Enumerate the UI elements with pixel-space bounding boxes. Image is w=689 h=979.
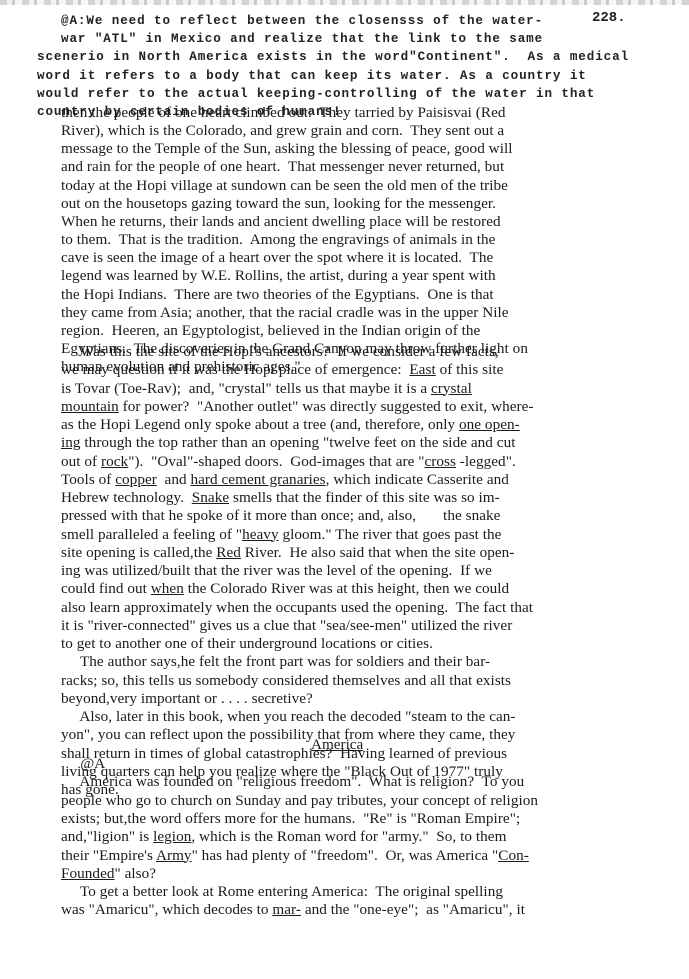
text-line: site opening is called,the Red River. He… (61, 544, 514, 562)
text-line: word it refers to a body that can keep i… (37, 67, 587, 85)
underlined-text: East (409, 361, 435, 378)
text-line: legend was learned by W.E. Rollins, the … (61, 267, 496, 285)
underlined-text: one open- (459, 416, 520, 433)
text-line: the Hopi Indians. There are two theories… (61, 286, 494, 304)
underlined-text: cross (424, 453, 455, 470)
text-line: people who go to church on Sunday and pa… (61, 792, 538, 810)
text-line: @A (61, 755, 105, 773)
text-line: smell paralleled a feeling of "heavy glo… (61, 526, 501, 544)
text-line: exists; but,the word offers more for the… (61, 810, 520, 828)
underlined-text: when (151, 580, 184, 597)
text-line: region. Heeren, an Egyptologist, believe… (61, 322, 480, 340)
text-line: mountain for power? "Another outlet" was… (61, 398, 534, 416)
text-line: scenerio in North America exists in the … (37, 48, 629, 66)
text-line: shall return in times of global catastro… (61, 745, 507, 763)
text-line: message to the Temple of the Sun, asking… (61, 140, 513, 158)
text-line: and rain for the people of one heart. Th… (61, 158, 504, 176)
text-line: Was this the site of the Hopi's ancestor… (61, 343, 499, 361)
text-line: would refer to the actual keeping-contro… (37, 85, 595, 103)
text-line: also learn approximately when the occupa… (61, 599, 533, 617)
text-line: cave is seen the image of a heart over t… (61, 249, 493, 267)
text-line: yon", you can reflect upon the possibili… (61, 726, 515, 744)
text-line: war "ATL" in Mexico and realize that the… (61, 30, 543, 48)
underlined-text: Army (156, 847, 192, 864)
text-line: River), which is the Colorado, and grew … (61, 122, 504, 140)
text-line: When he returns, their lands and ancient… (61, 213, 501, 231)
underlined-text: mountain (61, 398, 119, 415)
text-line: out on the housetops gazing toward the s… (61, 195, 496, 213)
text-line: Also, later in this book, when you reach… (61, 708, 516, 726)
underlined-text: rock (101, 453, 128, 470)
page-number: 228. (592, 10, 626, 26)
text-line: then the people of one heart climbed out… (61, 104, 506, 122)
text-line: pressed with that he spoke of it more th… (61, 507, 500, 525)
text-line: out of rock"). "Oval"-shaped doors. God-… (61, 453, 516, 471)
text-line: they came from Asia; another, that the r… (61, 304, 509, 322)
underlined-text: Red (216, 544, 241, 561)
text-line: was "Amaricu", which decodes to mar- and… (61, 901, 525, 919)
underlined-text: copper (115, 471, 157, 488)
underlined-text: crystal (431, 380, 472, 397)
underlined-text: Founded (61, 865, 115, 882)
scan-edge-artifact (0, 0, 689, 5)
text-line: is Tovar (Toe-Rav); and, "crystal" tells… (61, 380, 472, 398)
underlined-text: mar- (272, 901, 301, 918)
text-line: to them. That is the tradition. Among th… (61, 231, 495, 249)
underlined-text: Snake (192, 489, 229, 506)
text-line: beyond,very important or . . . . secreti… (61, 690, 313, 708)
underlined-text: heavy (242, 526, 279, 543)
underlined-text: legion (153, 828, 191, 845)
text-line: could find out when the Colorado River w… (61, 580, 509, 598)
text-line: ing was utilized/built that the river wa… (61, 562, 492, 580)
underlined-text: Con- (498, 847, 529, 864)
underlined-text: ing (61, 434, 81, 451)
text-line: Founded" also? (61, 865, 156, 883)
text-line: to get to another one of their undergrou… (61, 635, 433, 653)
text-line: ing through the top rather than an openi… (61, 434, 515, 452)
text-line: racks; so, this tells us somebody consid… (61, 672, 511, 690)
section-heading: America (311, 736, 363, 754)
text-line: The author says,he felt the front part w… (61, 653, 490, 671)
text-line: To get a better look at Rome entering Am… (61, 883, 503, 901)
text-line: as the Hopi Legend only spoke about a tr… (61, 416, 520, 434)
text-line: Tools of copper and hard cement granarie… (61, 471, 509, 489)
text-line: America was founded on "religious freedo… (61, 773, 524, 791)
underlined-text: hard cement granaries (190, 471, 325, 488)
text-line: it is "river-connected" gives us a clue … (61, 617, 512, 635)
text-line: Hebrew technology. Snake smells that the… (61, 489, 500, 507)
text-line: today at the Hopi village at sundown can… (61, 177, 508, 195)
text-line: their "Empire's Army" has had plenty of … (61, 847, 529, 865)
text-line: we may question if it was the Hopi place… (61, 361, 503, 379)
text-line: @A:We need to reflect between the closen… (61, 12, 543, 30)
text-line: and,"ligion" is legion, which is the Rom… (61, 828, 506, 846)
